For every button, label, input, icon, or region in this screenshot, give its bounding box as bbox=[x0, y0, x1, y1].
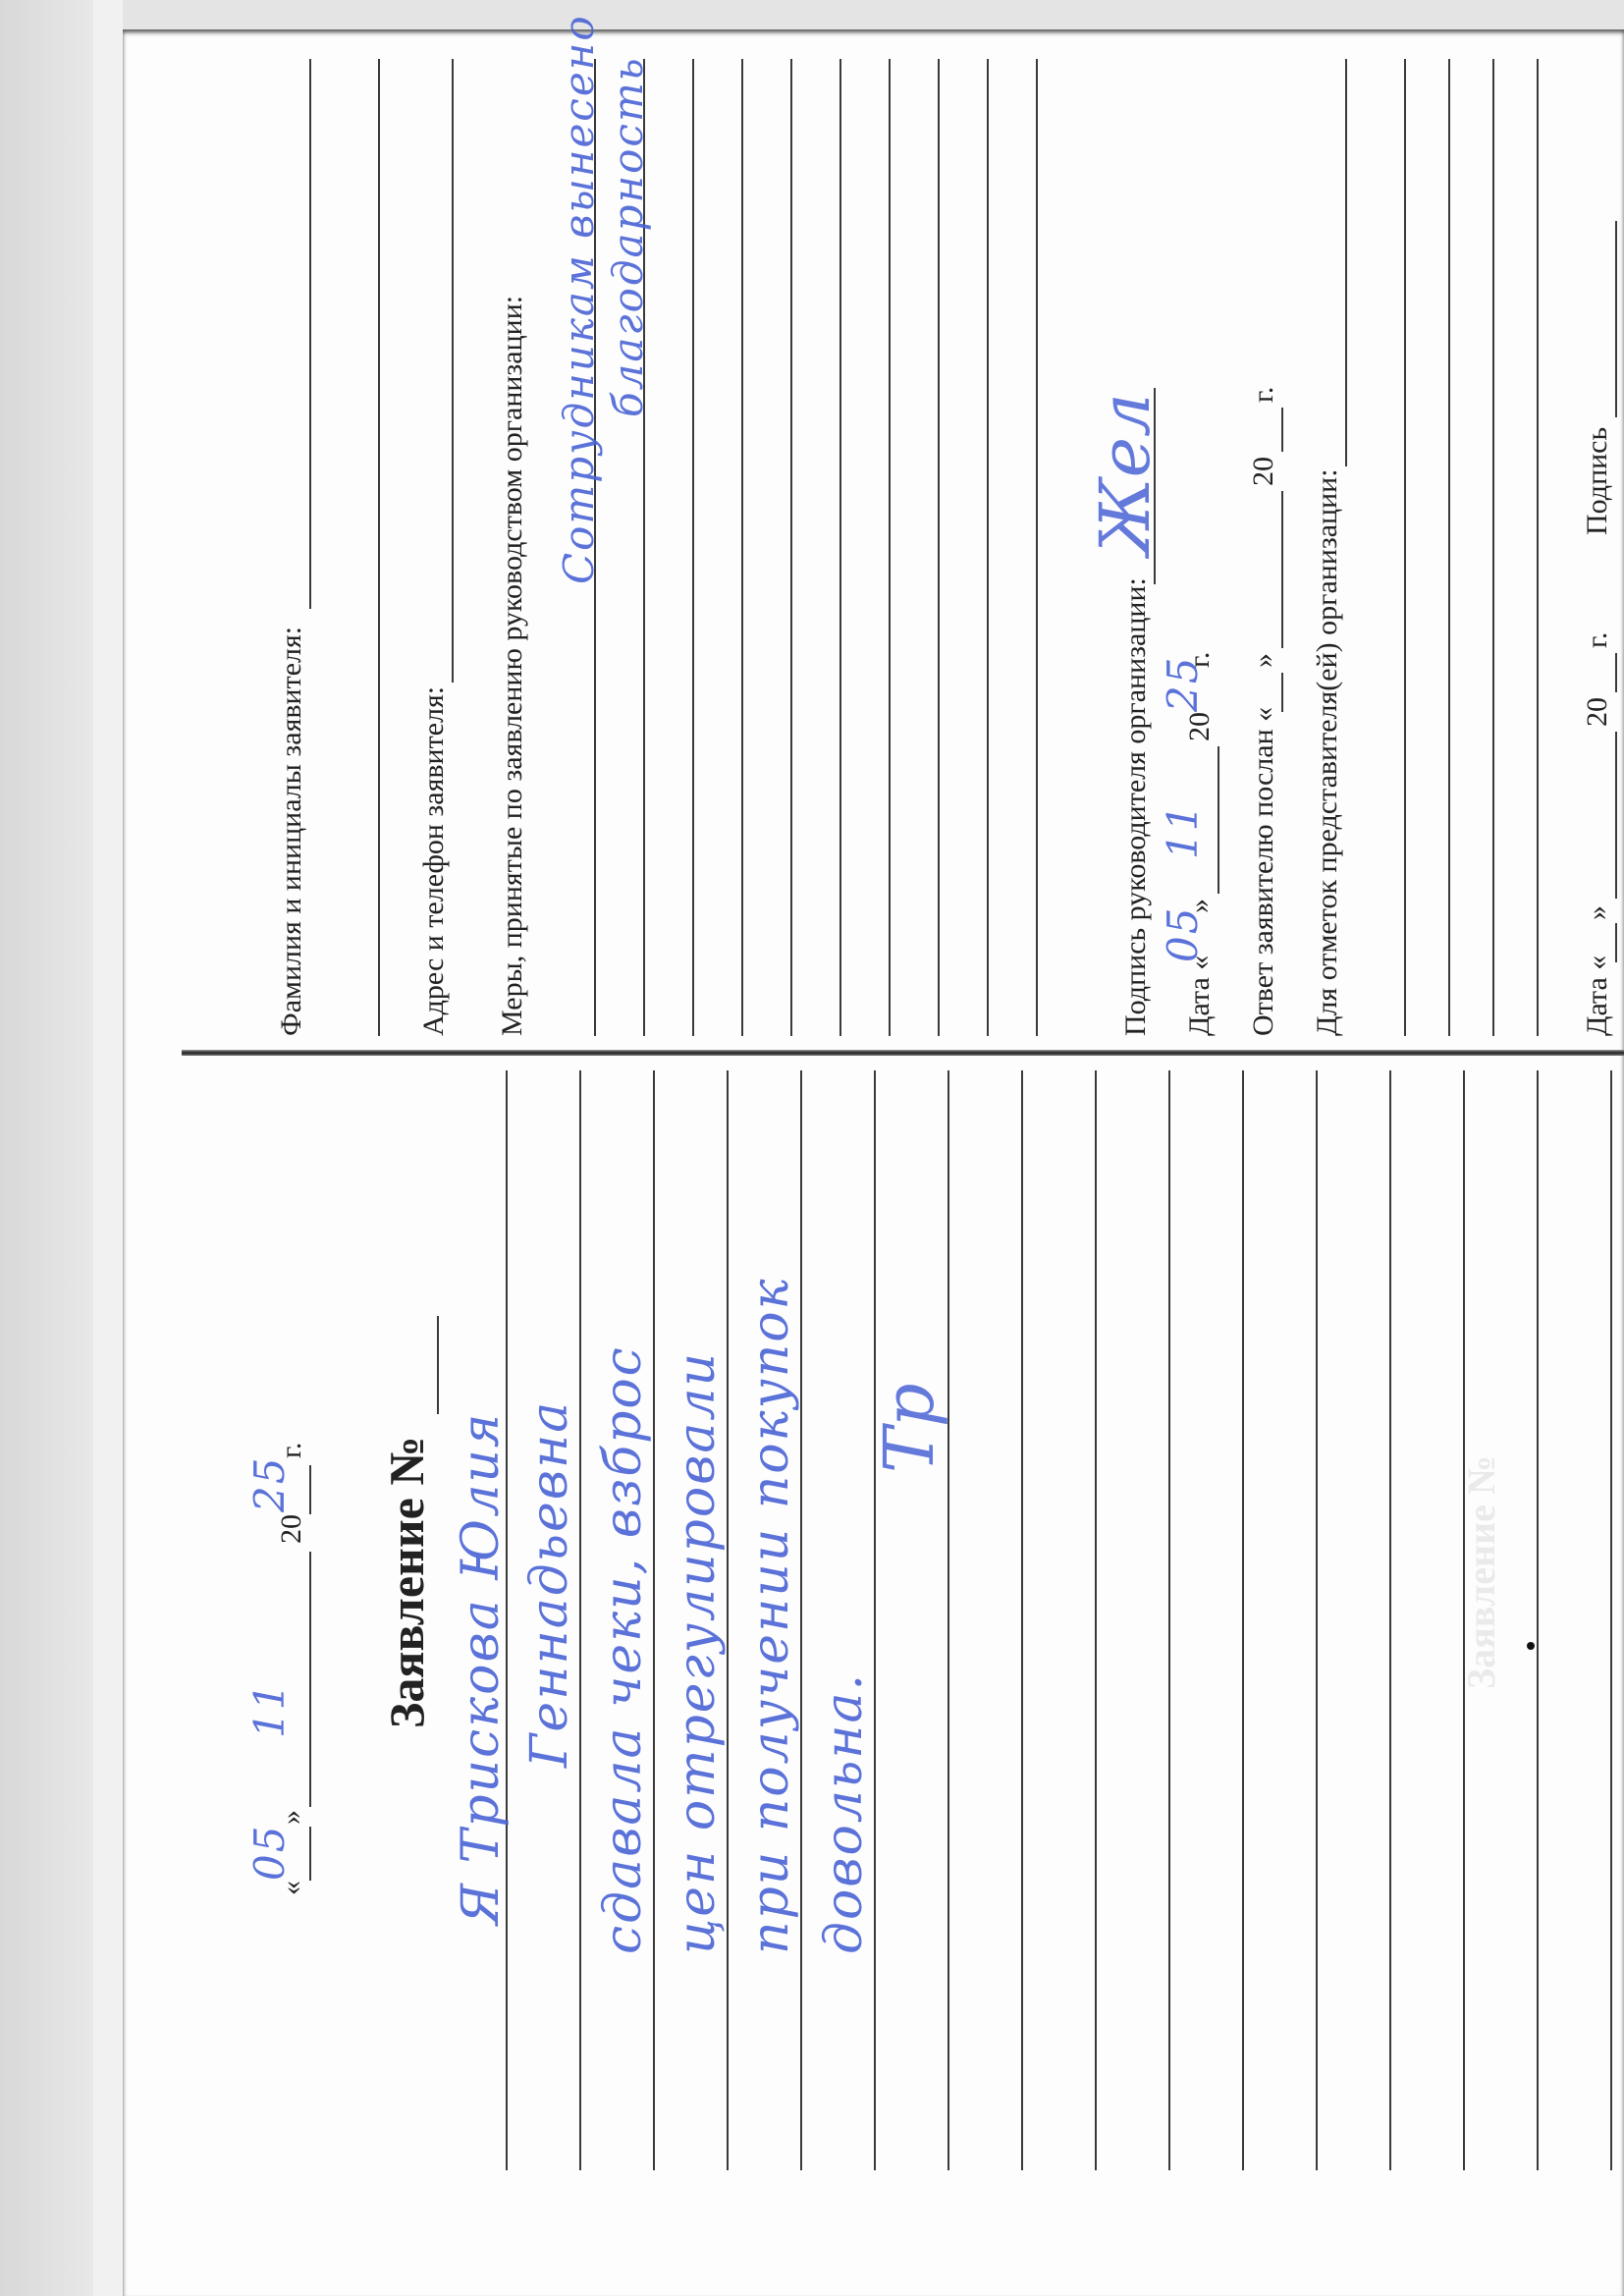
bottom-signature-line bbox=[1615, 221, 1617, 417]
date-month-line bbox=[309, 1552, 311, 1807]
ink-dot bbox=[1527, 1642, 1535, 1650]
date-label: Дата « bbox=[1183, 956, 1217, 1036]
line bbox=[727, 1070, 729, 2170]
line bbox=[874, 1070, 876, 2170]
line bbox=[1492, 59, 1494, 1036]
line bbox=[1448, 59, 1450, 1036]
line bbox=[1168, 1070, 1170, 2170]
bottom-signature-label: Подпись bbox=[1581, 427, 1614, 535]
reply-year-prefix: 20 bbox=[1247, 457, 1280, 486]
date-year-suffix: 25 bbox=[245, 1456, 294, 1512]
line bbox=[1404, 59, 1406, 1036]
rotated-form: « 05 » 11 20 25 г. Заявление № bbox=[182, 39, 1624, 2278]
line bbox=[1242, 1070, 1244, 2170]
representatives-label: Для отметок представителя(ей) организаци… bbox=[1311, 468, 1344, 1036]
applicant-name-line bbox=[309, 59, 311, 609]
date-month-line bbox=[1218, 746, 1219, 894]
date-month: 11 bbox=[1159, 803, 1207, 859]
bottom-date-label: Дата « bbox=[1581, 956, 1614, 1036]
handwritten-line-6: довольна. bbox=[815, 1672, 874, 1954]
left-page: « 05 » 11 20 25 г. Заявление № bbox=[182, 1061, 1624, 2278]
date-year-line bbox=[309, 1465, 311, 1514]
measures-handwritten-1: Сотрудникам вынесено bbox=[555, 14, 603, 584]
reply-sent-label: Ответ заявителю послан « bbox=[1247, 707, 1280, 1036]
line bbox=[378, 59, 380, 1036]
reply-day-line bbox=[1281, 673, 1283, 712]
line bbox=[653, 1070, 655, 2170]
handwritten-line-2: Геннадьевна bbox=[520, 1400, 579, 1768]
reply-year-line bbox=[1281, 408, 1283, 452]
line bbox=[839, 59, 841, 1036]
line bbox=[1095, 1070, 1097, 2170]
date-year-unit: г. bbox=[275, 1443, 308, 1458]
date-year-prefix: 20 bbox=[275, 1514, 308, 1544]
line bbox=[1036, 59, 1038, 1036]
reply-close: » bbox=[1247, 653, 1280, 668]
bottom-month-line bbox=[1615, 732, 1617, 899]
line bbox=[800, 1070, 802, 2170]
date-day-value: 05 bbox=[245, 1825, 294, 1881]
line bbox=[947, 1070, 949, 2170]
line bbox=[1537, 59, 1539, 1036]
application-number-line bbox=[437, 1316, 439, 1414]
handwritten-line-3: сдавала чеки, взброс bbox=[594, 1345, 653, 1954]
line bbox=[692, 59, 694, 1036]
applicant-name-label: Фамилия и инициалы заявителя: bbox=[275, 627, 308, 1036]
line bbox=[1610, 1070, 1612, 2170]
handwritten-line-1: Я Трискова Юлия bbox=[452, 1412, 511, 1925]
line bbox=[1389, 1070, 1391, 2170]
line bbox=[790, 59, 792, 1036]
bottom-date-close: » bbox=[1581, 905, 1614, 920]
line bbox=[938, 59, 940, 1036]
right-page: Фамилия и инициалы заявителя: Адрес и те… bbox=[182, 39, 1624, 1046]
bottom-day-line bbox=[1615, 923, 1617, 962]
applicant-address-line bbox=[452, 59, 454, 683]
bleed-through-text: Заявление № bbox=[1458, 1455, 1504, 1689]
reply-month-line bbox=[1281, 491, 1283, 648]
date-month-value: 11 bbox=[245, 1682, 294, 1738]
bottom-year-line bbox=[1615, 653, 1617, 692]
representatives-line bbox=[1345, 59, 1347, 466]
line bbox=[987, 59, 989, 1036]
date-day: 05 bbox=[1159, 906, 1207, 962]
date-unit: г. bbox=[1183, 652, 1217, 668]
applicant-address-label: Адрес и телефон заявителя: bbox=[417, 686, 451, 1036]
date-close: » bbox=[1183, 899, 1217, 913]
line bbox=[889, 59, 891, 1036]
date-close-quote: » bbox=[275, 1810, 308, 1825]
reply-unit: г. bbox=[1247, 387, 1280, 403]
manager-signature: Жел bbox=[1085, 393, 1165, 555]
line bbox=[579, 1070, 581, 2170]
bottom-year-prefix: 20 bbox=[1581, 697, 1614, 727]
book-spine bbox=[182, 1050, 1624, 1056]
applicant-signature: Тр bbox=[869, 1384, 949, 1474]
date-day-line bbox=[309, 1827, 311, 1881]
line bbox=[1537, 1070, 1539, 2170]
measures-label: Меры, принятые по заявлению руководством… bbox=[496, 296, 529, 1036]
handwritten-line-5: при получении покупок bbox=[741, 1277, 800, 1954]
line bbox=[741, 59, 743, 1036]
date-year-prefix: 20 bbox=[1183, 712, 1217, 741]
handwritten-line-4: цен отрегулировали bbox=[668, 1351, 727, 1954]
manager-signature-label: Подпись руководителя организации: bbox=[1119, 577, 1153, 1036]
line bbox=[1021, 1070, 1023, 2170]
scanner-background bbox=[0, 0, 93, 2296]
line bbox=[1316, 1070, 1318, 2170]
bottom-unit: г. bbox=[1581, 632, 1614, 648]
application-title: Заявление № bbox=[378, 1436, 435, 1728]
book-spread: « 05 » 11 20 25 г. Заявление № bbox=[123, 29, 1624, 2296]
measures-handwritten-2: благодарность bbox=[604, 56, 652, 417]
book-edge bbox=[93, 0, 123, 2296]
date-open-quote: « bbox=[275, 1881, 308, 1895]
